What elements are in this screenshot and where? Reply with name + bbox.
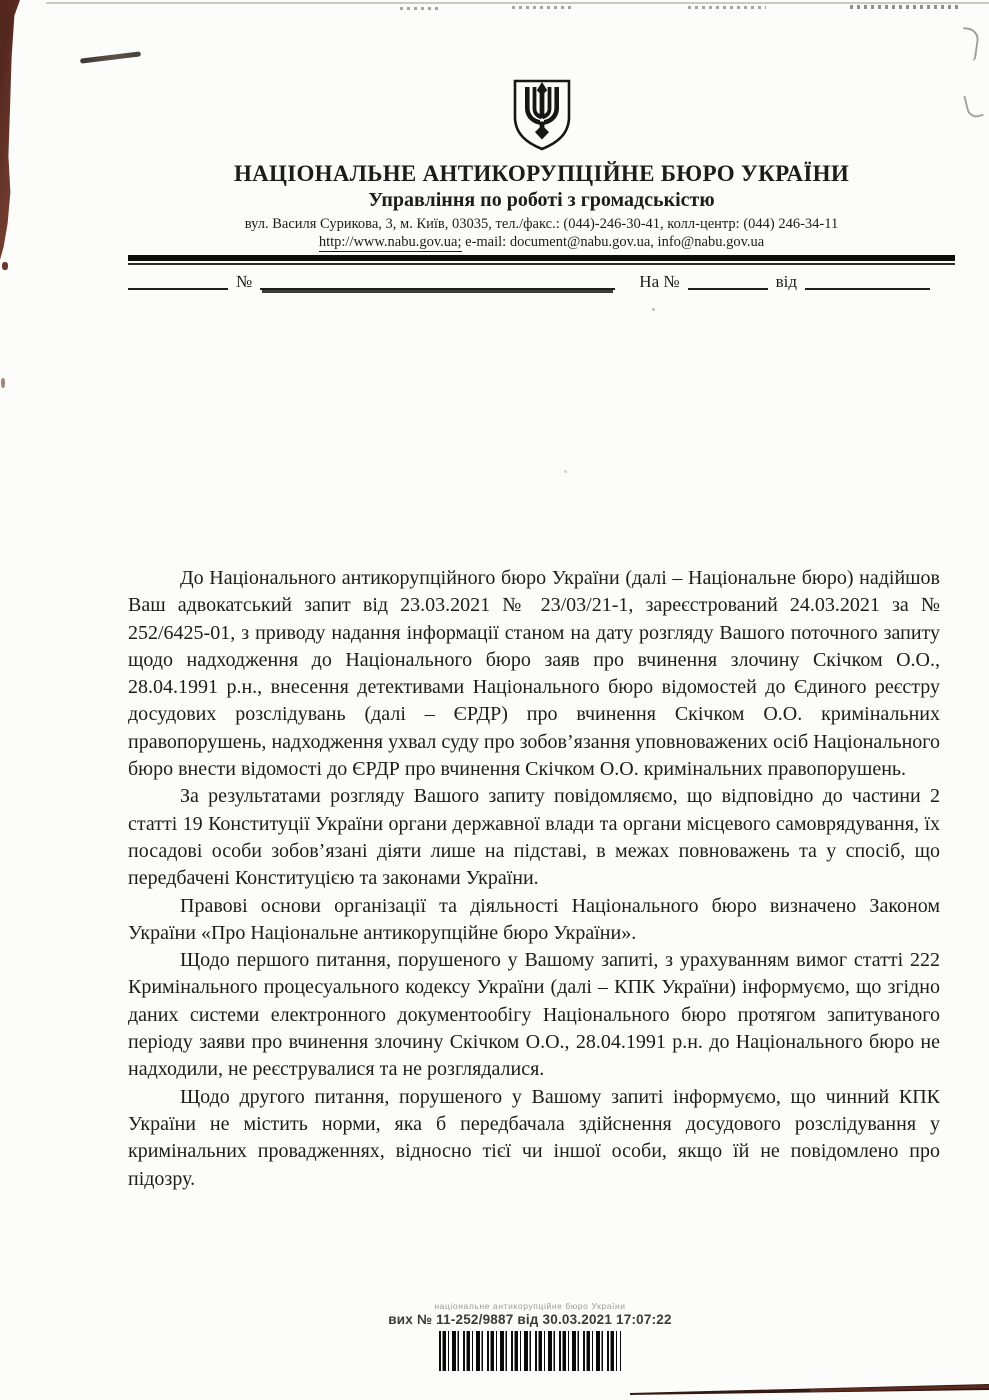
reply-number-label: На № [631,273,687,290]
scan-speck [1,378,5,388]
scan-speck [2,262,8,270]
date-blank [128,271,228,290]
email-line: e-mail: document@nabu.gov.ua, info@nabu.… [462,234,765,250]
paragraph: Правові основи організації та діяльності… [128,893,940,948]
department-name: Управління по роботі з громадськістю [128,189,955,212]
paragraph: Щодо другого питання, порушеного у Вашом… [128,1084,940,1193]
number-blank [260,271,615,290]
reply-number-blank [688,271,768,290]
letter-body: До Національного антикорупційного бюро У… [128,565,940,1193]
staple-mark [80,51,141,63]
reply-date-blank [805,271,930,290]
paragraph: Щодо першого питання, порушеного у Вашом… [128,947,940,1083]
registration-stamp: національне антикорупційне бюро України … [330,1301,730,1371]
reference-row: № На № від [128,271,955,290]
barcode-icon [439,1331,621,1371]
scan-edge-artifact [0,0,20,260]
scan-speck [652,308,655,311]
handwriting-mark [959,27,980,61]
paragraph: До Національного антикорупційного бюро У… [128,565,940,783]
scan-noise [688,6,766,9]
stamp-org-line: національне антикорупційне бюро України [330,1301,730,1311]
scan-noise [400,7,438,10]
scan-noise [512,6,574,9]
scan-top-edge [46,2,989,4]
scan-noise [850,5,962,9]
number-label: № [228,273,260,290]
scan-speck [564,470,567,473]
handwriting-mark [963,93,983,120]
org-name: НАЦІОНАЛЬНЕ АНТИКОРУПЦІЙНЕ БЮРО УКРАЇНИ [128,161,955,187]
stamp-registration-line: вих № 11-252/9887 від 30.03.2021 17:07:2… [330,1312,730,1327]
letterhead: НАЦІОНАЛЬНЕ АНТИКОРУПЦІЙНЕ БЮРО УКРАЇНИ … [128,78,955,290]
address-line: вул. Василя Сурикова, 3, м. Київ, 03035,… [128,216,955,233]
ukraine-trident-emblem-icon [509,78,575,157]
header-rule-thick [128,255,955,261]
scan-bottom-edge [630,1382,989,1400]
paragraph: За результатами розгляду Вашого запиту п… [128,783,940,892]
reply-date-label: від [768,273,805,290]
website-url: http://www.nabu.gov.ua; [319,234,462,252]
header-rule-thin [128,263,955,265]
contacts-line: http://www.nabu.gov.ua; e-mail: document… [128,234,955,251]
scanned-letter-page: НАЦІОНАЛЬНЕ АНТИКОРУПЦІЙНЕ БЮРО УКРАЇНИ … [0,0,989,1400]
